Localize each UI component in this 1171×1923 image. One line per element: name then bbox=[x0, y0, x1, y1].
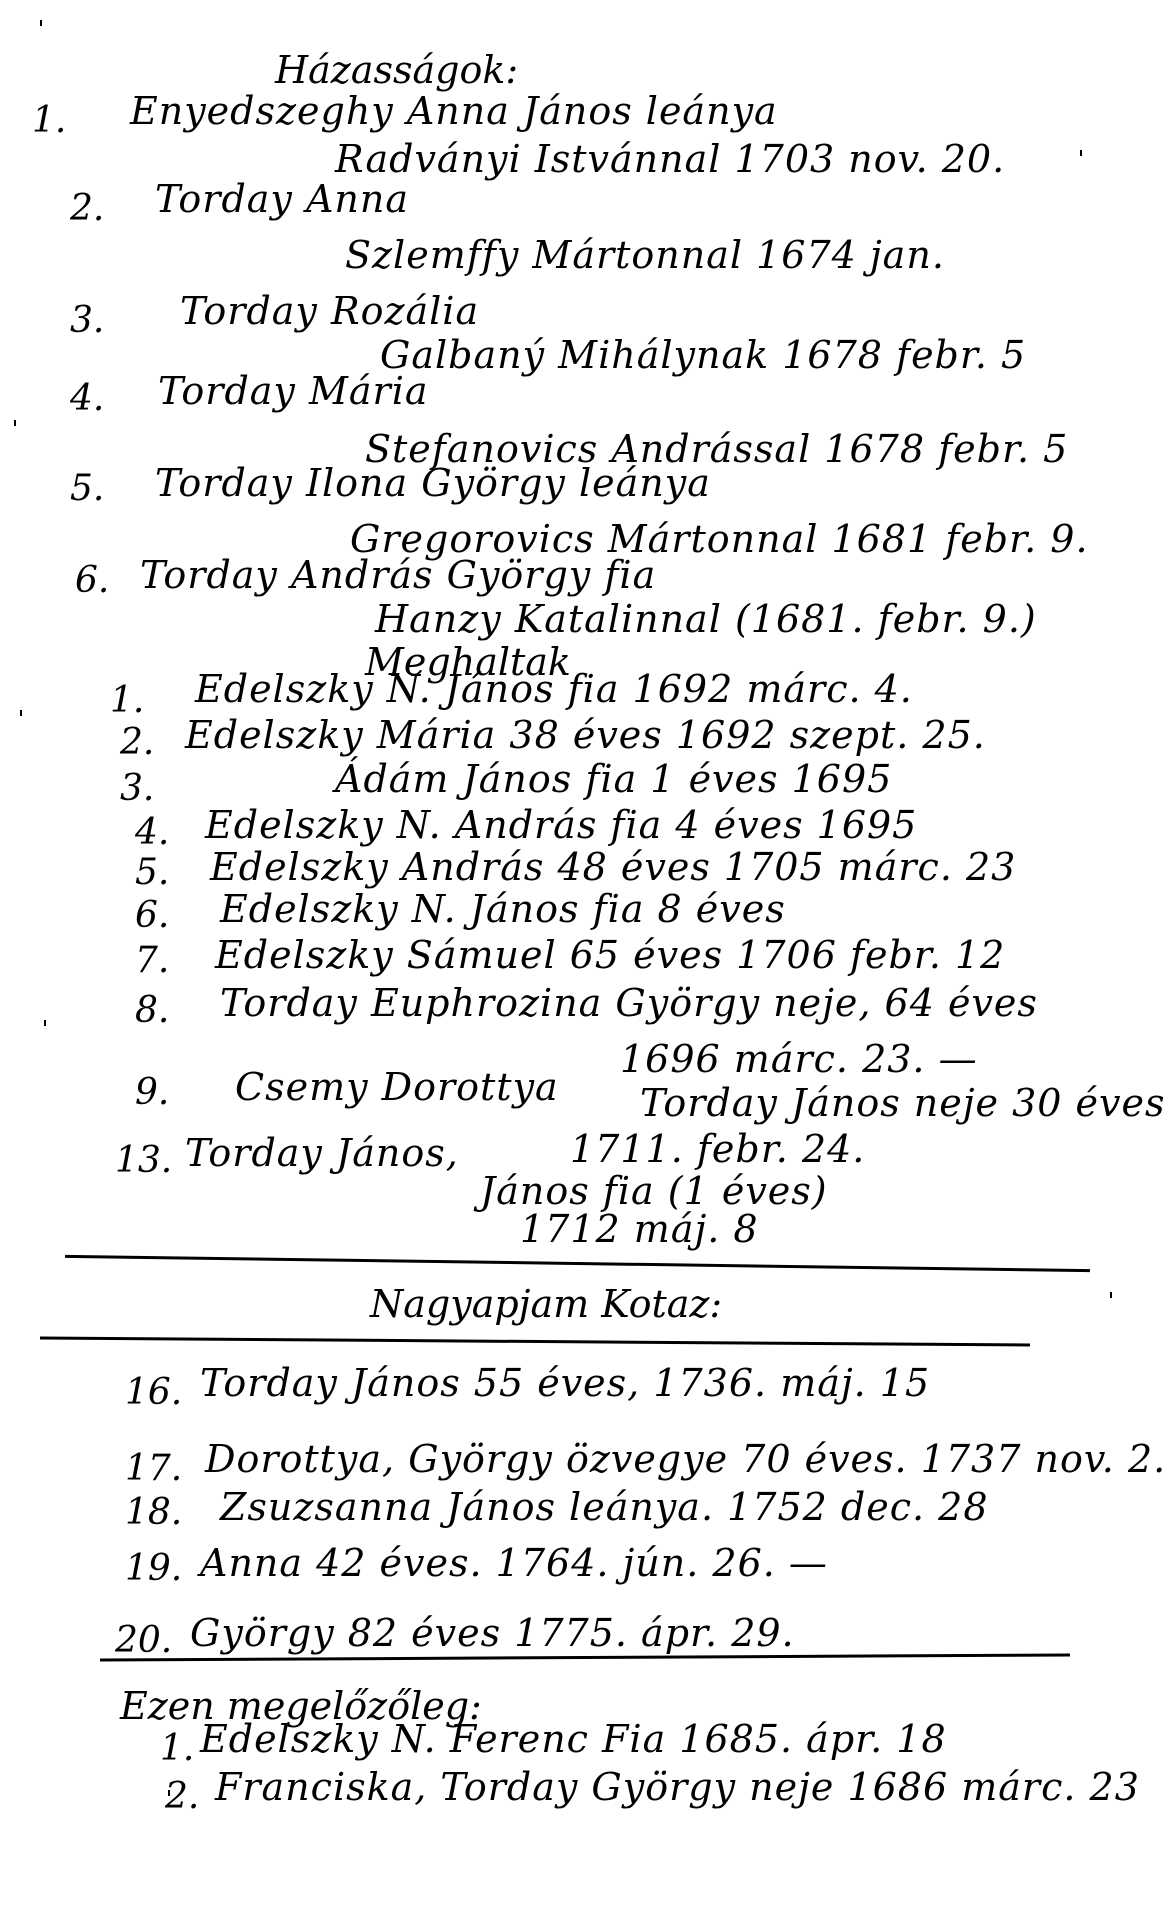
entry-text: Franciska, Torday György neje 1686 márc.… bbox=[215, 1768, 1140, 1806]
entry-number: 17. bbox=[125, 1448, 182, 1489]
entry-text: Anna 42 éves. 1764. jún. 26. — bbox=[200, 1544, 828, 1582]
entry-text: Edelszky N. János fia 1692 márc. 4. bbox=[195, 670, 913, 708]
entry-text: 1712 máj. 8 bbox=[520, 1210, 759, 1248]
entry-number: 3. bbox=[120, 768, 154, 809]
entry-number: 1. bbox=[110, 680, 144, 721]
entry-text: 1696 márc. 23. — bbox=[620, 1040, 978, 1078]
entry-number: 16. bbox=[125, 1372, 182, 1413]
entry-text: Radványi Istvánnal 1703 nov. 20. bbox=[335, 140, 1005, 178]
entry-number: 6. bbox=[75, 560, 109, 601]
entry-text: Edelszky András 48 éves 1705 márc. 23 bbox=[210, 848, 1016, 886]
entry-text: Edelszky N. Ferenc Fia 1685. ápr. 18 bbox=[200, 1720, 947, 1758]
entry-text: Hanzy Katalinnal (1681. febr. 9.) bbox=[375, 600, 1037, 638]
manuscript-page: Házasságok: 1. Enyedszeghy Anna János le… bbox=[0, 0, 1171, 1923]
entry-text: Torday János, bbox=[185, 1134, 459, 1172]
entry-number: 2. bbox=[165, 1776, 199, 1817]
entry-text: Torday Rozália bbox=[180, 292, 479, 330]
entry-text: 1711. febr. 24. bbox=[570, 1130, 865, 1168]
entry-text: Enyedszeghy Anna János leánya bbox=[130, 92, 778, 130]
entry-number: 20. bbox=[115, 1620, 172, 1661]
entry-text: Dorottya, György özvegye 70 éves. 1737 n… bbox=[205, 1440, 1166, 1478]
scan-speck bbox=[1080, 150, 1082, 156]
entry-number: 7. bbox=[135, 940, 169, 981]
entry-text: Edelszky N. János fia 8 éves bbox=[220, 890, 786, 928]
entry-text: Zsuzsanna János leánya. 1752 dec. 28 bbox=[220, 1488, 989, 1526]
entry-number: 13. bbox=[115, 1140, 172, 1181]
entry-number: 5. bbox=[70, 468, 104, 509]
entry-text: Szlemffy Mártonnal 1674 jan. bbox=[345, 236, 945, 274]
entry-text: Galbaný Mihálynak 1678 febr. 5 bbox=[380, 336, 1026, 374]
scan-speck bbox=[1110, 1292, 1112, 1298]
entry-text: Edelszky N. András fia 4 éves 1695 bbox=[205, 806, 917, 844]
entry-number: 4. bbox=[135, 812, 169, 853]
scan-speck bbox=[14, 420, 16, 426]
entry-text: Torday Mária bbox=[158, 372, 429, 410]
entry-number: 19. bbox=[125, 1548, 182, 1589]
section-heading-grandfather: Nagyapjam Kotaz: bbox=[370, 1282, 722, 1326]
entry-number: 6. bbox=[135, 895, 169, 936]
entry-number: 1. bbox=[32, 100, 66, 141]
entry-number: 3. bbox=[70, 300, 104, 341]
entry-text: Torday János 55 éves, 1736. máj. 15 bbox=[200, 1364, 930, 1402]
entry-number: 8. bbox=[135, 990, 169, 1031]
entry-number: 2. bbox=[70, 188, 104, 229]
entry-text: Torday András György fia bbox=[140, 556, 656, 594]
section-heading-marriages: Házasságok: bbox=[275, 48, 518, 92]
scan-speck bbox=[44, 1020, 46, 1026]
entry-text: Torday Euphrozina György neje, 64 éves bbox=[220, 984, 1038, 1022]
entry-text: Torday Anna bbox=[155, 180, 409, 218]
entry-text: Torday Ilona György leánya bbox=[155, 464, 711, 502]
entry-text: Edelszky Sámuel 65 éves 1706 febr. 12 bbox=[215, 936, 1005, 974]
entry-text: Edelszky Mária 38 éves 1692 szept. 25. bbox=[185, 716, 986, 754]
entry-number: 9. bbox=[135, 1072, 169, 1113]
entry-number: 1. bbox=[160, 1728, 194, 1769]
entry-number: 18. bbox=[125, 1492, 182, 1533]
divider-line bbox=[65, 1255, 1090, 1272]
entry-number: 4. bbox=[70, 378, 104, 419]
entry-text: György 82 éves 1775. ápr. 29. bbox=[190, 1614, 795, 1652]
scan-speck bbox=[168, 1790, 170, 1796]
divider-line bbox=[40, 1337, 1030, 1347]
scan-speck bbox=[20, 710, 22, 716]
scan-speck bbox=[40, 20, 42, 26]
entry-text: Torday János neje 30 éves bbox=[640, 1084, 1165, 1122]
entry-text: Ádám János fia 1 éves 1695 bbox=[335, 760, 892, 798]
entry-number: 2. bbox=[120, 722, 154, 763]
entry-text: János fia (1 éves) bbox=[480, 1172, 828, 1210]
entry-number: 5. bbox=[135, 852, 169, 893]
entry-text: Csemy Dorottya bbox=[235, 1068, 559, 1106]
